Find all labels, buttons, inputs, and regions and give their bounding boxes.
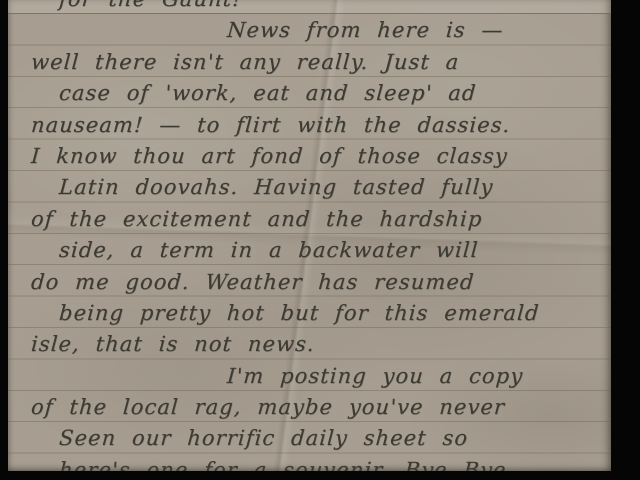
handwriting-line: News from here is — (8, 15, 611, 46)
photo-background: for the Gaunt!News from here is —well th… (0, 0, 640, 480)
handwriting-line: being pretty hot but for this emerald (8, 298, 611, 329)
handwriting-line: I know thou art fond of those classy (8, 141, 611, 172)
handwriting-line: for the Gaunt! (8, 0, 611, 15)
handwriting-line: Seen our horrific daily sheet so (8, 423, 611, 454)
letter-lines: for the Gaunt!News from here is —well th… (8, 0, 611, 471)
handwriting-line: of the excitement and the hardship (8, 204, 611, 235)
letter-page: for the Gaunt!News from here is —well th… (8, 0, 611, 471)
handwriting-line: isle, that is not news. (8, 329, 611, 360)
handwriting-line: side, a term in a backwater will (8, 235, 611, 266)
handwriting-line: of the local rag, maybe you've never (8, 392, 611, 423)
handwriting-line: I'm posting you a copy (8, 361, 611, 392)
handwriting-line: case of 'work, eat and sleep' ad (8, 78, 611, 109)
handwriting-line: nauseam! — to flirt with the dassies. (8, 110, 611, 141)
handwriting-line: Latin doovahs. Having tasted fully (8, 172, 611, 203)
handwriting-line: well there isn't any really. Just a (8, 47, 611, 78)
handwriting-line: here's one for a souvenir. Bye Bye (8, 455, 611, 471)
handwriting-line: do me good. Weather has resumed (8, 267, 611, 298)
